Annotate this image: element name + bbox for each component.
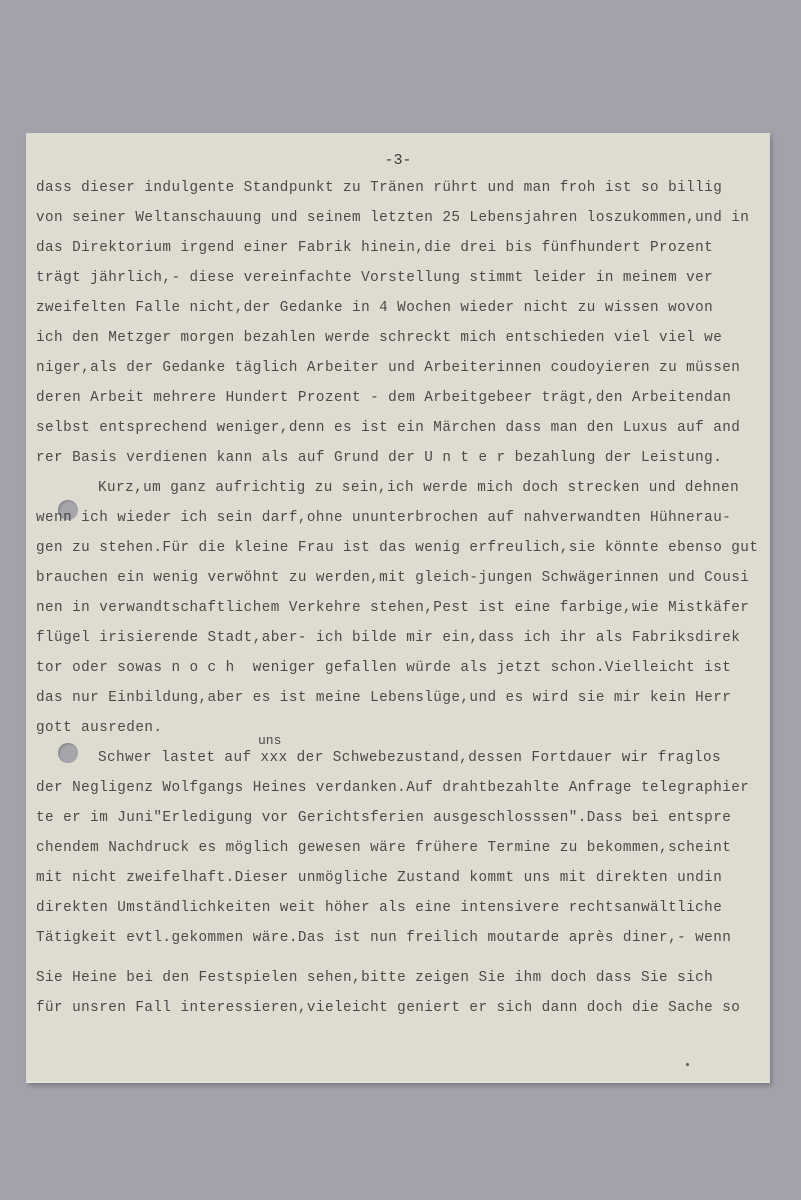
text-line: Sie Heine bei den Festspielen sehen,bitt… [36,970,713,986]
text-line: brauchen ein wenig verwöhnt zu werden,mi… [36,570,749,586]
paragraph-start-line: Schwer lastet auf xxx der Schwebezustand… [98,750,721,766]
text-line: tor oder sowas n o c h weniger gefallen … [36,660,731,676]
punch-hole-bottom [58,743,78,763]
text-line: gott ausreden. [36,720,162,736]
text-line: der Negligenz Wolfgangs Heines verdanken… [36,780,749,796]
text-line: zweifelten Falle nicht,der Gedanke in 4 … [36,300,713,316]
text-line: für unsren Fall interessieren,vieleicht … [36,1000,740,1016]
paragraph-start-line: Kurz,um ganz aufrichtig zu sein,ich werd… [98,480,739,496]
interlinear-insertion: uns [258,733,281,748]
text-line: wenn ich wieder ich sein darf,ohne ununt… [36,510,731,526]
text-line: te er im Juni"Erledigung vor Gerichtsfer… [36,810,731,826]
typewritten-letter-page: -3- dass dieser indulgente Standpunkt zu… [26,133,770,1083]
text-line: mit nicht zweifelhaft.Dieser unmögliche … [36,870,722,886]
page-number: -3- [26,152,770,169]
text-line: dass dieser indulgente Standpunkt zu Trä… [36,180,722,196]
text-line: ich den Metzger morgen bezahlen werde sc… [36,330,722,346]
text-line: flügel irisierende Stadt,aber- ich bilde… [36,630,740,646]
text-line: deren Arbeit mehrere Hundert Prozent - d… [36,390,731,406]
text-line: trägt jährlich,- diese vereinfachte Vors… [36,270,713,286]
text-line: chendem Nachdruck es möglich gewesen wär… [36,840,731,856]
text-line: das Direktorium irgend einer Fabrik hine… [36,240,713,256]
text-line: direkten Umständlichkeiten weit höher al… [36,900,722,916]
text-line: niger,als der Gedanke täglich Arbeiter u… [36,360,740,376]
text-line: gen zu stehen.Für die kleine Frau ist da… [36,540,758,556]
text-line: selbst entsprechend weniger,denn es ist … [36,420,740,436]
text-line: rer Basis verdienen kann als auf Grund d… [36,450,722,466]
ink-speck [686,1063,689,1066]
text-line: nen in verwandtschaftlichem Verkehre ste… [36,600,749,616]
text-line: Tätigkeit evtl.gekommen wäre.Das ist nun… [36,930,731,946]
text-line: von seiner Weltanschauung und seinem let… [36,210,749,226]
text-line: das nur Einbildung,aber es ist meine Leb… [36,690,731,706]
